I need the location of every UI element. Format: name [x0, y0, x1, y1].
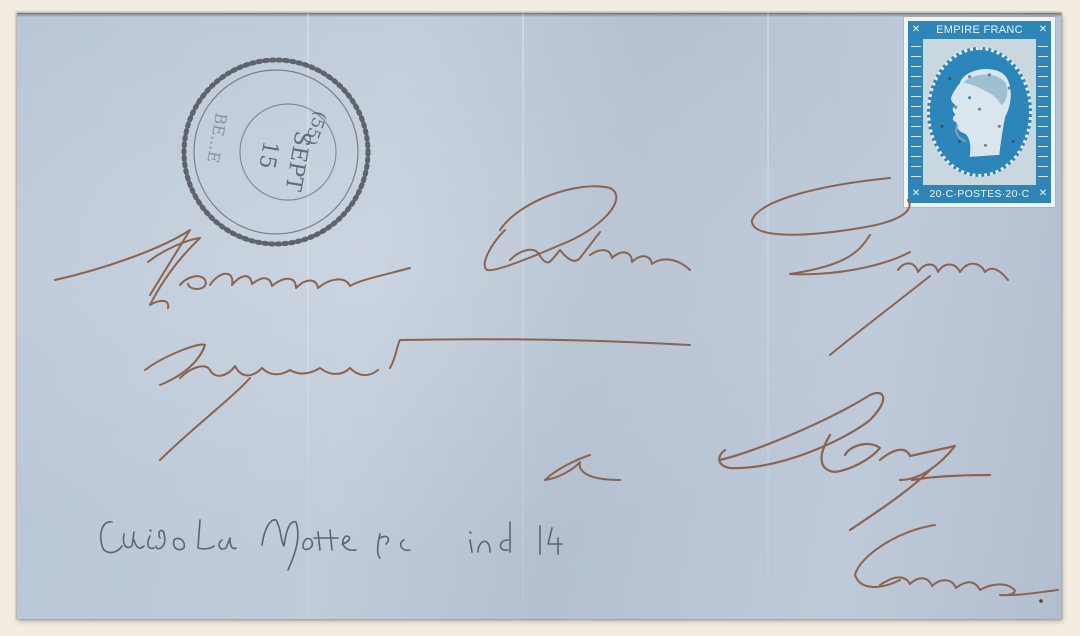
greek-key-border: [911, 41, 921, 183]
corner-cross-icon: ✕: [1037, 187, 1049, 201]
postage-stamp: ✕ ✕ ✕ ✕ EMPIRE FRANC 20: [904, 17, 1055, 207]
stamp-field: [923, 39, 1036, 185]
postmark-town: BE...E: [203, 111, 230, 164]
corner-cross-icon: ✕: [910, 23, 922, 37]
address-salutation: Monsieur: [150, 260, 275, 290]
address-last-name: Doyen: [790, 240, 886, 275]
stamp-frame: ✕ ✕ ✕ ✕ EMPIRE FRANC 20: [908, 21, 1051, 203]
paper-fold: [767, 13, 769, 619]
address-first-name: Antoine: [490, 230, 608, 265]
greek-key-border: [1038, 41, 1048, 183]
postmark-month: SEPT: [280, 129, 315, 193]
address-preposition: à: [545, 450, 561, 480]
postmark-datestamp: (55) SEPT 15 BE...E: [176, 52, 376, 252]
pencil-note-left: Cuise La Motte PC: [100, 522, 309, 547]
corner-cross-icon: ✕: [910, 187, 922, 201]
postmark-day: 15: [253, 139, 282, 171]
address-occupation: négociant: [160, 350, 290, 380]
stamp-top-inscription: EMPIRE FRANC: [926, 23, 1033, 37]
address-town: Roy: [830, 430, 891, 468]
pencil-note-right: ind 14: [468, 524, 538, 549]
stamp-bottom-inscription: 20·C·POSTES·20·C: [926, 187, 1033, 201]
address-department: Somme: [880, 560, 978, 590]
emperor-portrait-icon: [930, 50, 1029, 174]
corner-cross-icon: ✕: [1037, 23, 1049, 37]
stamp-medallion: [927, 47, 1032, 177]
